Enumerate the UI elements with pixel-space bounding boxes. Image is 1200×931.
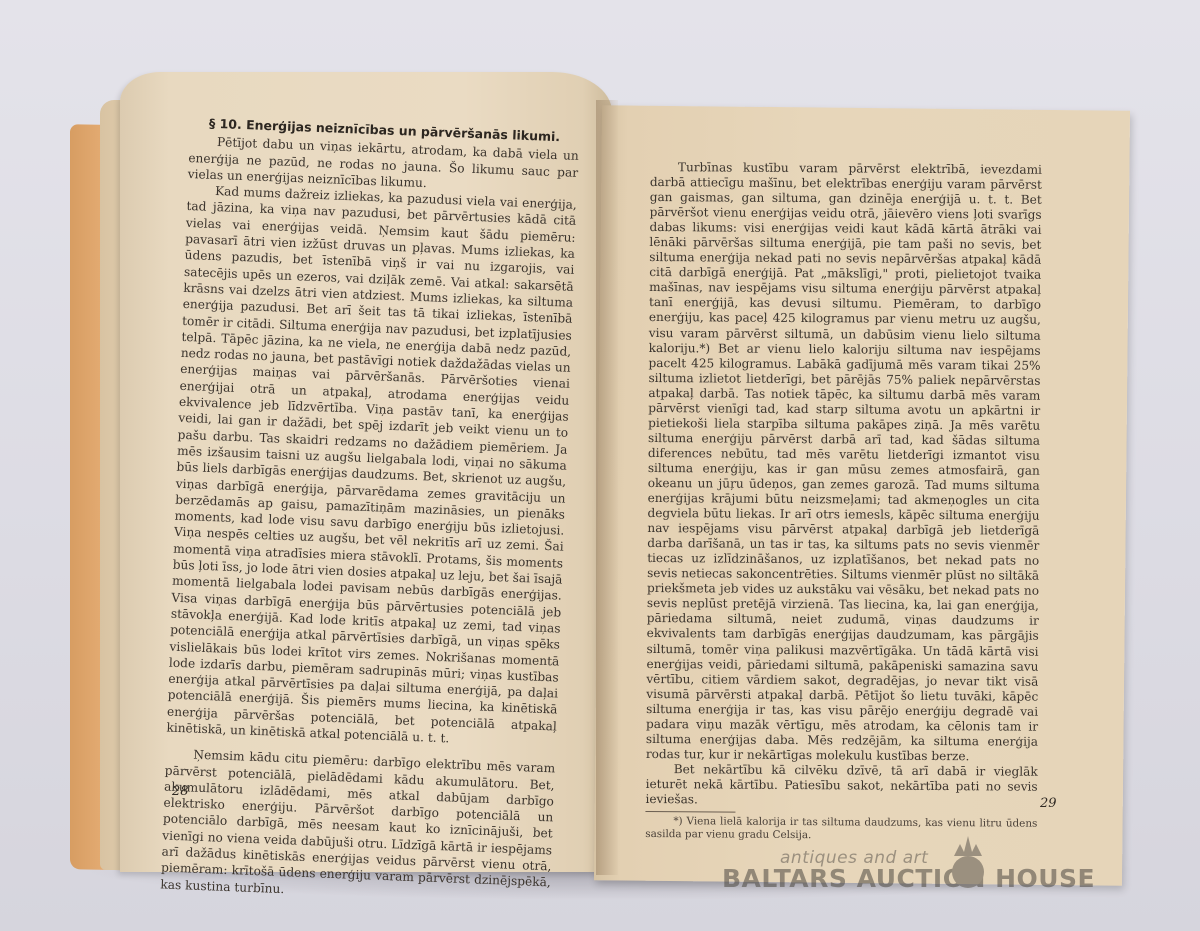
footnote-divider — [645, 811, 735, 813]
paragraph: Kad mums dažreiz izliekas, ka pazudusi v… — [166, 182, 577, 751]
crown-logo-icon — [950, 834, 986, 890]
page-number-right: 29 — [1040, 796, 1057, 811]
paragraph: Ņemsim kādu citu piemēru: darbīgo elektr… — [160, 746, 555, 908]
watermark: antiques and art BALTARS AUCTION HOUSE — [722, 848, 1122, 898]
left-page-text: § 10. Enerģijas neiznīcības un pārvēršan… — [160, 115, 580, 907]
book-gutter — [596, 100, 618, 875]
paragraph: Bet nekārtību kā cilvēku dzīvē, tā arī d… — [645, 762, 1037, 810]
page-number-left: 28 — [172, 784, 189, 799]
watermark-name: BALTARS AUCTION HOUSE — [722, 864, 1095, 893]
right-page-text: Turbīnas kustību varam pārvērst elektrīb… — [645, 160, 1042, 844]
paragraph: Turbīnas kustību varam pārvērst elektrīb… — [646, 160, 1042, 765]
